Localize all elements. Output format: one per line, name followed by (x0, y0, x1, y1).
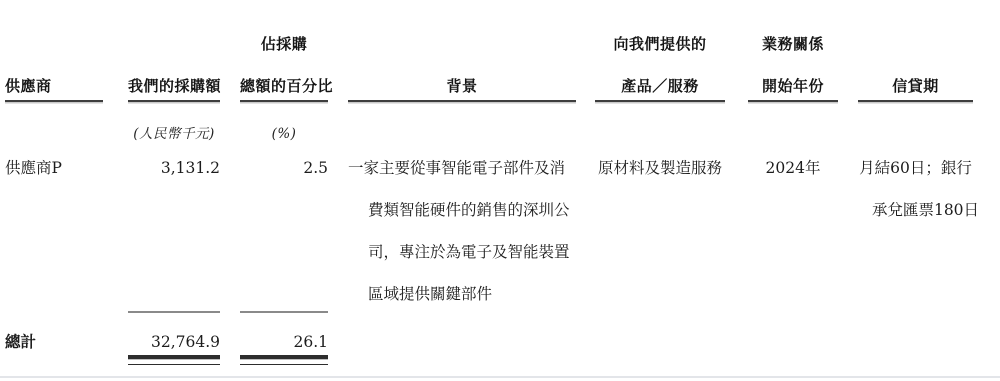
cell-percentage: 2.5 (240, 158, 328, 178)
cell-background-line-1: 一家主要從事智能電子部件及消 (348, 158, 565, 178)
cell-products-services: 原材料及製造服務 (593, 158, 727, 178)
cell-credit-line-2: 承兌匯票180日 (868, 200, 983, 220)
total-rule-thin-purchase (128, 364, 220, 366)
cell-start-year: 2024年 (748, 158, 838, 178)
cell-credit-line-1: 月結60日；銀行 (858, 158, 973, 178)
col-header-start-year-line2: 開始年份 (748, 76, 838, 96)
header-rule-products (595, 100, 725, 102)
total-purchase-amount: 32,764.9 (128, 332, 220, 352)
col-header-purchase: 我們的採購額 (128, 76, 220, 96)
col-header-products-line2: 產品／服務 (595, 76, 725, 96)
cell-background-line-3: 司，專注於為電子及智能裝置 (368, 242, 570, 262)
cell-supplier-name: 供應商P (5, 158, 120, 178)
header-rule-supplier (5, 100, 103, 102)
total-rule-thick-percentage (240, 355, 328, 359)
total-rule-thin-percentage (240, 364, 328, 366)
total-rule-thick-purchase (128, 355, 220, 359)
unit-label-rmb-thousand: (人民幣千元) (128, 124, 220, 144)
col-header-start-year-line1: 業務關係 (748, 34, 838, 54)
col-header-products-line1: 向我們提供的 (595, 34, 725, 54)
header-rule-credit (858, 100, 973, 102)
total-percentage: 26.1 (240, 332, 328, 352)
col-header-supplier: 供應商 (5, 76, 103, 96)
col-header-percentage-line2: 總額的百分比 (240, 76, 328, 96)
subtotal-rule-purchase (128, 311, 220, 313)
subtotal-rule-percentage (240, 311, 328, 313)
header-rule-background (348, 100, 576, 102)
cell-background-line-2: 費類智能硬件的銷售的深圳公 (368, 200, 570, 220)
col-header-percentage-line1: 佔採購 (240, 34, 328, 54)
col-header-background: 背景 (348, 76, 576, 96)
total-label: 總計 (5, 332, 36, 352)
unit-label-percent: (%) (240, 124, 328, 144)
col-header-credit: 信貸期 (858, 76, 973, 96)
page-bottom-divider (0, 376, 1000, 378)
header-rule-purchase (128, 100, 220, 102)
prospectus-supplier-table-page: 佔採購 向我們提供的 業務關係 供應商 我們的採購額 總額的百分比 背景 產品／… (0, 0, 1000, 381)
cell-background-line-4: 區域提供關鍵部件 (368, 284, 492, 304)
header-rule-percentage (240, 100, 328, 102)
header-rule-start-year (748, 100, 838, 102)
cell-purchase-amount: 3,131.2 (128, 158, 220, 178)
